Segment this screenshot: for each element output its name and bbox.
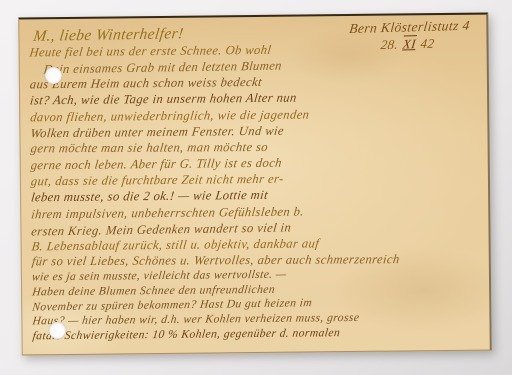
- punch-hole-top: [45, 67, 62, 84]
- punch-hole-bottom: [49, 322, 66, 339]
- address-line: Bern Klösterlistutz 4: [348, 18, 470, 37]
- photo-scene: M., liebe Winterhelfer! Bern Klösterlist…: [0, 0, 512, 375]
- letter-body: Heute fiel bei uns der erste Schnee. Ob …: [30, 40, 484, 344]
- postcard: M., liebe Winterhelfer! Bern Klösterlist…: [18, 13, 492, 356]
